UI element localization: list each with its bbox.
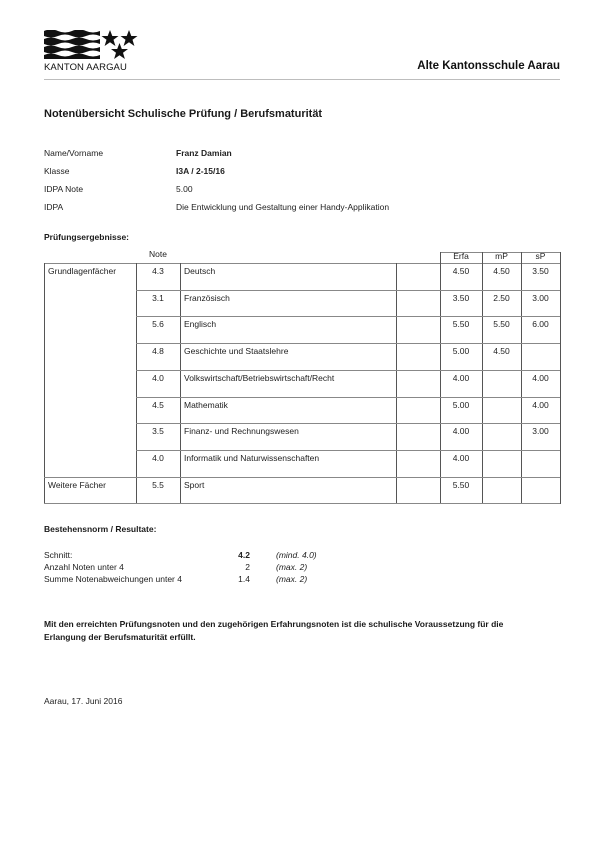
- table-gridline: [44, 263, 45, 503]
- conclusion-text: Mit den erreichten Prüfungsnoten und den…: [44, 618, 504, 644]
- grade-erfa: 5.00: [440, 400, 482, 410]
- grade-note: 5.5: [136, 480, 180, 490]
- info-label: Name/Vorname: [44, 148, 103, 158]
- table-gridline: [396, 263, 397, 503]
- grade-note: 4.8: [136, 346, 180, 356]
- table-gridline: [136, 316, 560, 317]
- norm-requirement: (mind. 4.0): [276, 550, 317, 560]
- info-value: 5.00: [176, 184, 193, 194]
- grade-sp: 3.00: [521, 293, 560, 303]
- table-gridline: [44, 477, 560, 478]
- grade-sp: 3.50: [521, 266, 560, 276]
- subject-name: Englisch: [184, 319, 216, 329]
- table-gridline: [180, 263, 181, 503]
- table-gridline: [136, 423, 560, 424]
- logo-text: KANTON AARGAU: [44, 62, 127, 73]
- subject-group: Weitere Fächer: [48, 480, 106, 490]
- norm-requirement: (max. 2): [276, 562, 307, 572]
- subject-name: Sport: [184, 480, 204, 490]
- grade-erfa: 3.50: [440, 293, 482, 303]
- grade-note: 4.5: [136, 400, 180, 410]
- grade-erfa: 4.00: [440, 426, 482, 436]
- table-gridline: [136, 397, 560, 398]
- norm-value: 1.4: [228, 574, 250, 584]
- grade-note: 3.5: [136, 426, 180, 436]
- grade-mp: 2.50: [482, 293, 521, 303]
- info-label: IDPA Note: [44, 184, 83, 194]
- note-column-header: Note: [149, 249, 167, 259]
- table-gridline: [136, 370, 560, 371]
- grade-mp: 5.50: [482, 319, 521, 329]
- grade-note: 4.0: [136, 453, 180, 463]
- info-value: Die Entwicklung und Gestaltung einer Han…: [176, 202, 389, 212]
- subject-name: Volkswirtschaft/Betriebswirtschaft/Recht: [184, 373, 334, 383]
- grade-note: 3.1: [136, 293, 180, 303]
- page-title: Notenübersicht Schulische Prüfung / Beru…: [44, 108, 322, 120]
- grade-note: 4.0: [136, 373, 180, 383]
- grade-mp: 4.50: [482, 346, 521, 356]
- info-label: Klasse: [44, 166, 70, 176]
- grade-sp: 3.00: [521, 426, 560, 436]
- subject-name: Geschichte und Staatslehre: [184, 346, 288, 356]
- grade-erfa: 5.50: [440, 319, 482, 329]
- table-gridline: [136, 343, 560, 344]
- table-gridline: [136, 290, 560, 291]
- info-value: Franz Damian: [176, 148, 232, 158]
- header-divider: [44, 79, 560, 80]
- grade-erfa: 5.00: [440, 346, 482, 356]
- table-gridline: [136, 450, 560, 451]
- subject-name: Mathematik: [184, 400, 228, 410]
- norm-section-title: Bestehensnorm / Resultate:: [44, 524, 156, 534]
- subject-group: Grundlagenfächer: [48, 266, 116, 276]
- grade-erfa: 5.50: [440, 480, 482, 490]
- grade-erfa: 4.00: [440, 453, 482, 463]
- subject-name: Finanz- und Rechnungswesen: [184, 426, 299, 436]
- grade-erfa: 4.50: [440, 266, 482, 276]
- subject-name: Deutsch: [184, 266, 215, 276]
- norm-label: Schnitt:: [44, 550, 72, 560]
- results-section-title: Prüfungsergebnisse:: [44, 232, 129, 242]
- grade-note: 4.3: [136, 266, 180, 276]
- grade-mp: 4.50: [482, 266, 521, 276]
- grade-note: 5.6: [136, 319, 180, 329]
- grade-erfa: 4.00: [440, 373, 482, 383]
- aargau-coat-of-arms-icon: [44, 30, 139, 60]
- info-label: IDPA: [44, 202, 63, 212]
- grade-sp: 6.00: [521, 319, 560, 329]
- place-date: Aarau, 17. Juni 2016: [44, 696, 122, 706]
- norm-label: Summe Notenabweichungen unter 4: [44, 574, 182, 584]
- norm-value: 2: [228, 562, 250, 572]
- grade-sp: 4.00: [521, 400, 560, 410]
- table-gridline: [560, 252, 561, 504]
- table-gridline: [44, 503, 560, 504]
- subject-name: Französisch: [184, 293, 230, 303]
- norm-value: 4.2: [228, 550, 250, 560]
- norm-requirement: (max. 2): [276, 574, 307, 584]
- subject-name: Informatik und Naturwissenschaften: [184, 453, 319, 463]
- school-name: Alte Kantonsschule Aarau: [417, 60, 560, 72]
- grade-sp: 4.00: [521, 373, 560, 383]
- info-value: I3A / 2-15/16: [176, 166, 225, 176]
- table-gridline: [440, 252, 560, 253]
- norm-label: Anzahl Noten unter 4: [44, 562, 124, 572]
